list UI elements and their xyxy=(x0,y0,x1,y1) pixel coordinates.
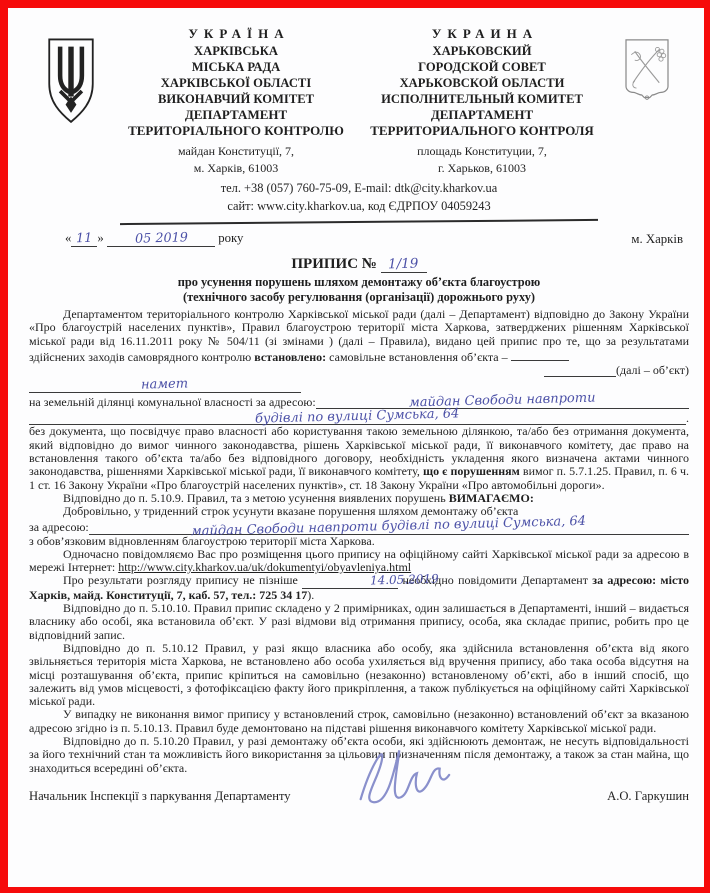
city-coat-column xyxy=(605,26,689,177)
emph-vymagaemo: ВИМАГАЄМО: xyxy=(449,491,534,505)
title-subtitle-1: про усунення порушень шляхом демонтажу о… xyxy=(29,275,689,290)
org-name-russian: УКРАИНА ХАРЬКОВСКИЙ ГОРОДСКОЙ СОВЕТ ХАРЬ… xyxy=(359,26,605,177)
document-title: ПРИПИС № 1/19 xyxy=(29,256,689,273)
country-label-ua: УКРАЇНА xyxy=(113,26,359,42)
national-emblem-column xyxy=(29,26,113,177)
roku-label: року xyxy=(218,231,243,245)
contact-lines: тел. +38 (057) 760-75-09, E-mail: dtk@ci… xyxy=(29,179,689,215)
signatory-name: А.О. Гаркушин xyxy=(607,789,689,804)
handwritten-month-year: 05 2019 xyxy=(134,230,187,246)
paragraph-attachment: Відповідно до п. 5.10.12 Правил, у разі … xyxy=(29,642,689,708)
paragraph-voluntary: Добровільно, у триденний строк усунути в… xyxy=(29,505,689,518)
paragraph-demand: Відповідно до п. 5.10.9. Правил, та з ме… xyxy=(29,492,689,505)
signature-scribble-icon xyxy=(343,734,468,814)
paragraph-violation: без документа, що посвідчує право власно… xyxy=(29,425,689,491)
handwritten-object-name: намет xyxy=(141,378,188,393)
emph-porushennyam: що є порушенням xyxy=(423,464,520,478)
dali-obekt-label: (далі – об’єкт) xyxy=(616,364,689,377)
blank-after-object xyxy=(511,348,569,361)
document-body: Департаментом територіального контролю Х… xyxy=(29,308,689,775)
paragraph-restore: з обов’язковим відновленням благоустрою … xyxy=(29,535,689,548)
header-separator xyxy=(120,219,598,225)
handwritten-day: 11 xyxy=(76,231,93,246)
place-city: м. Харків xyxy=(631,232,683,247)
letterhead: УКРАЇНА ХАРКІВСЬКА МІСЬКА РАДА ХАРКІВСЬК… xyxy=(29,26,689,177)
contact-phone-email: тел. +38 (057) 760-75-09, E-mail: dtk@ci… xyxy=(29,179,689,197)
land-address-row-2: будівлі по вулиці Сумська, 64 . xyxy=(29,409,689,425)
land-address-label: на земельній ділянці комунальної власнос… xyxy=(29,396,316,409)
org-name-ukrainian: УКРАЇНА ХАРКІВСЬКА МІСЬКА РАДА ХАРКІВСЬК… xyxy=(113,26,359,177)
demand-address-row: за адресою: майдан Свободи навпроти буді… xyxy=(29,519,689,535)
dali-obekt-row: (далі – об’єкт) xyxy=(29,364,689,377)
demand-address-label: за адресою: xyxy=(29,521,89,534)
emph-vstanovleno: встановлено: xyxy=(254,350,326,364)
title-label: ПРИПИС № xyxy=(291,256,377,272)
paragraph-noncompliance: У випадку не виконання вимог припису у в… xyxy=(29,708,689,735)
tryzub-icon xyxy=(42,36,100,128)
document-page: УКРАЇНА ХАРКІВСЬКА МІСЬКА РАДА ХАРКІВСЬК… xyxy=(8,8,704,887)
contact-site-edrpou: сайт: www.city.kharkov.ua, код ЄДРПОУ 04… xyxy=(29,197,689,215)
land-address-row-1: на земельній ділянці комунальної власнос… xyxy=(29,393,689,409)
paragraph-intro: Департаментом територіального контролю Х… xyxy=(29,308,689,364)
kharkiv-coat-of-arms-icon xyxy=(619,36,675,126)
signatory-role: Начальник Інспекції з паркування Департа… xyxy=(29,789,291,804)
paragraph-website: Одночасно повідомляємо Вас про розміщенн… xyxy=(29,548,689,575)
scan-red-border: УКРАЇНА ХАРКІВСЬКА МІСЬКА РАДА ХАРКІВСЬК… xyxy=(0,0,710,893)
official-site-link[interactable]: http://www.city.kharkov.ua/uk/dokumentyi… xyxy=(118,560,411,574)
handwritten-order-number: 1/19 xyxy=(388,256,419,273)
title-subtitle-2: (технічного засобу регулювання (організа… xyxy=(29,290,689,305)
signature-block: Начальник Інспекції з паркування Департа… xyxy=(29,789,689,804)
paragraph-copies: Відповідно до п. 5.10.10. Правил припис … xyxy=(29,602,689,642)
date-line: «11» 05 2019 року м. Харків xyxy=(29,231,689,247)
address-ua: майдан Конституції, 7, м. Харків, 61003 xyxy=(113,143,359,177)
paragraph-deadline: Про результати розгляду припису не пізні… xyxy=(29,574,689,602)
row-period: . xyxy=(686,412,689,425)
country-label-ru: УКРАИНА xyxy=(359,26,605,42)
address-ru: площадь Конституции, 7, г. Харьков, 6100… xyxy=(359,143,605,177)
date-fields: «11» 05 2019 року xyxy=(65,231,243,247)
